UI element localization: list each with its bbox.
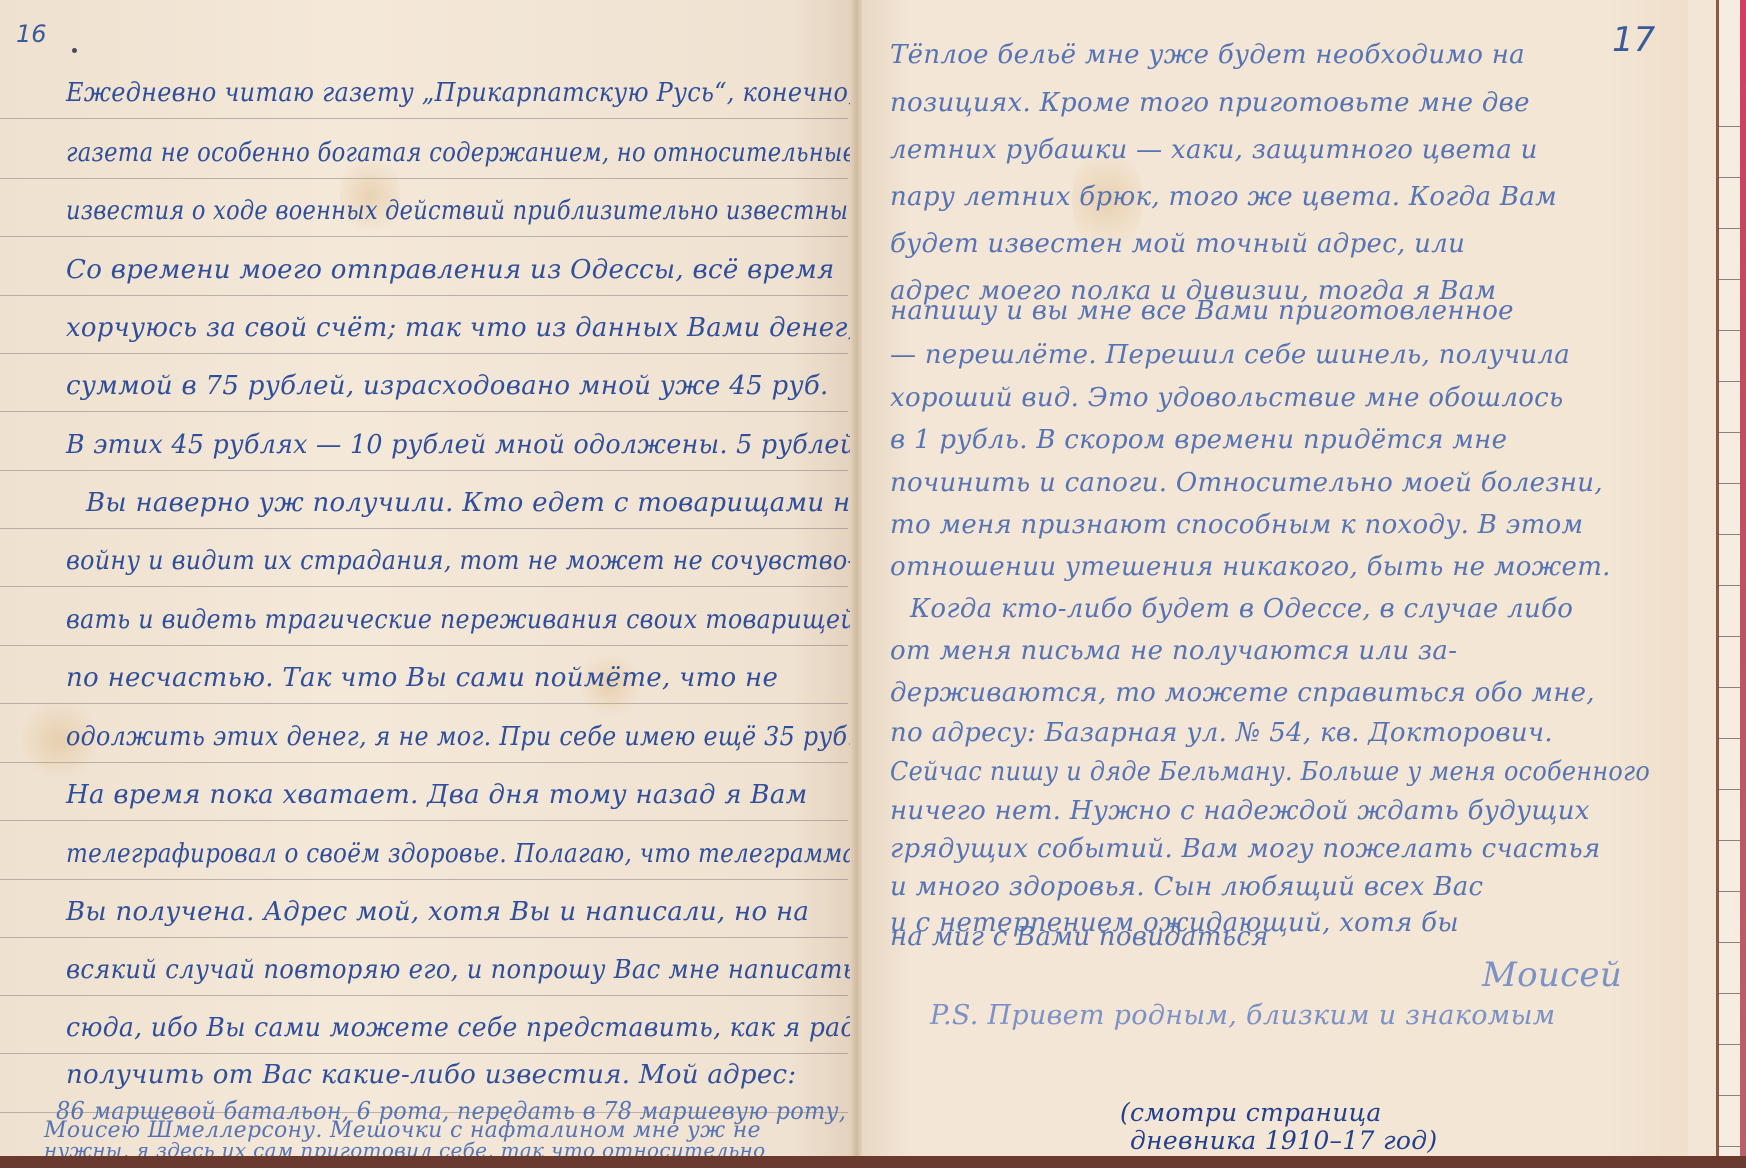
ruled-line (0, 118, 848, 119)
handwritten-line: пару летних брюк, того же цвета. Когда В… (890, 182, 1557, 212)
ruled-line (0, 178, 848, 179)
handwritten-line: держиваются, то можете справиться обо мн… (890, 678, 1595, 708)
handwritten-line: сюда, ибо Вы сами можете себе представит… (66, 1013, 857, 1043)
cross-reference-note-line1: (смотри страница (1120, 1098, 1382, 1127)
handwritten-line: хорчуюсь за свой счёт; так что из данных… (66, 313, 856, 343)
handwritten-line: известия о ходе военных действий приблиз… (66, 196, 856, 226)
signature: Моисей (1482, 955, 1622, 995)
ruled-line (0, 995, 848, 996)
handwritten-line: — перешлёте. Перешил себе шинель, получи… (890, 340, 1570, 370)
handwritten-line: ничего нет. Нужно с надеждой ждать будущ… (890, 796, 1590, 826)
handwritten-line: отношении утешения никакого, быть не мож… (890, 552, 1611, 582)
ruled-line (0, 1053, 848, 1054)
handwritten-line: на миг с Вами повидаться (890, 922, 1269, 952)
handwritten-line: по адресу: Базарная ул. № 54, кв. Доктор… (890, 718, 1553, 748)
ruled-line (0, 937, 848, 938)
handwritten-line: всякий случай повторяю его, и попрошу Ва… (66, 955, 856, 985)
handwritten-line: починить и сапоги. Относительно моей бол… (890, 468, 1603, 498)
handwritten-line: газета не особенно богатая содержанием, … (66, 138, 856, 168)
ruled-line (0, 353, 848, 354)
ruled-line (0, 470, 848, 471)
notebook-spread: 16 Ежедневно читаю газету „Прикарпатскую… (0, 0, 1746, 1158)
handwritten-line: телеграфировал о своём здоровье. Полагаю… (66, 839, 857, 869)
handwritten-line: будет известен мой точный адрес, или (890, 229, 1465, 259)
left-page: 16 Ежедневно читаю газету „Прикарпатскую… (0, 0, 858, 1158)
handwritten-line: Сейчас пишу и дяде Бельману. Больше у ме… (890, 757, 1650, 787)
cover-bottom-edge (0, 1156, 1746, 1168)
ruled-line (0, 586, 848, 587)
red-page-edge (1740, 0, 1746, 1158)
handwritten-line: грядущих событий. Вам могу пожелать счас… (890, 834, 1601, 864)
handwritten-line: по несчастью. Так что Вы сами поймёте, ч… (66, 663, 778, 693)
handwritten-line: вать и видеть трагические переживания св… (66, 605, 856, 635)
handwritten-line: напишу и вы мне все Вами приготовленное (890, 296, 1514, 326)
handwritten-line: Когда кто-либо будет в Одессе, в случае … (910, 594, 1573, 624)
cross-reference-note-line2: дневника 1910–17 год) (1130, 1126, 1437, 1155)
ruled-line (0, 295, 848, 296)
ink-dot (72, 48, 77, 53)
ruled-line (0, 528, 848, 529)
ruled-line (0, 879, 848, 880)
right-page: 17 Тёплое бельё мне уже будет необходимо… (862, 0, 1688, 1158)
ruled-line (0, 411, 848, 412)
handwritten-line: хороший вид. Это удовольствие мне обошло… (890, 383, 1563, 413)
handwritten-line: от меня письма не получаются или за- (890, 636, 1457, 666)
handwritten-line: суммой в 75 рублей, израсходовано мной у… (66, 371, 829, 401)
handwritten-line: получить от Вас какие-либо известия. Мой… (66, 1060, 796, 1090)
handwritten-line: одолжить этих денег, я не мог. При себе … (66, 722, 855, 752)
ruled-line (0, 703, 848, 704)
handwritten-line: Вы наверно уж получили. Кто едет с товар… (86, 488, 866, 518)
handwritten-line: летних рубашки — хаки, защитного цвета и (890, 135, 1538, 165)
page-number: 16 (16, 20, 47, 48)
handwritten-line: и много здоровья. Сын любящий всех Вас (890, 872, 1483, 902)
postscript: P.S. Привет родным, близким и знакомым (930, 1000, 1555, 1031)
handwritten-line: Ежедневно читаю газету „Прикарпатскую Ру… (66, 78, 856, 108)
ruled-line (0, 820, 848, 821)
handwritten-line: Тёплое бельё мне уже будет необходимо на (890, 40, 1525, 70)
ruled-line (0, 236, 848, 237)
handwritten-line: В этих 45 рублях — 10 рублей мной одолже… (66, 430, 856, 460)
handwritten-line: На время пока хватает. Два дня тому наза… (66, 780, 807, 810)
handwritten-line: Вы получена. Адрес мой, хотя Вы и написа… (66, 897, 809, 927)
handwritten-line: Со времени моего отправления из Одессы, … (66, 255, 835, 285)
handwritten-line: войну и видит их страдания, тот не может… (66, 546, 856, 576)
ruled-line (0, 645, 848, 646)
handwritten-line: в 1 рубль. В скором времени придётся мне (890, 425, 1507, 455)
handwritten-line: позициях. Кроме того приготовьте мне две (890, 88, 1530, 118)
page-number: 17 (1612, 20, 1655, 60)
handwritten-line: то меня признают способным к походу. В э… (890, 510, 1583, 540)
ruled-line (0, 762, 848, 763)
